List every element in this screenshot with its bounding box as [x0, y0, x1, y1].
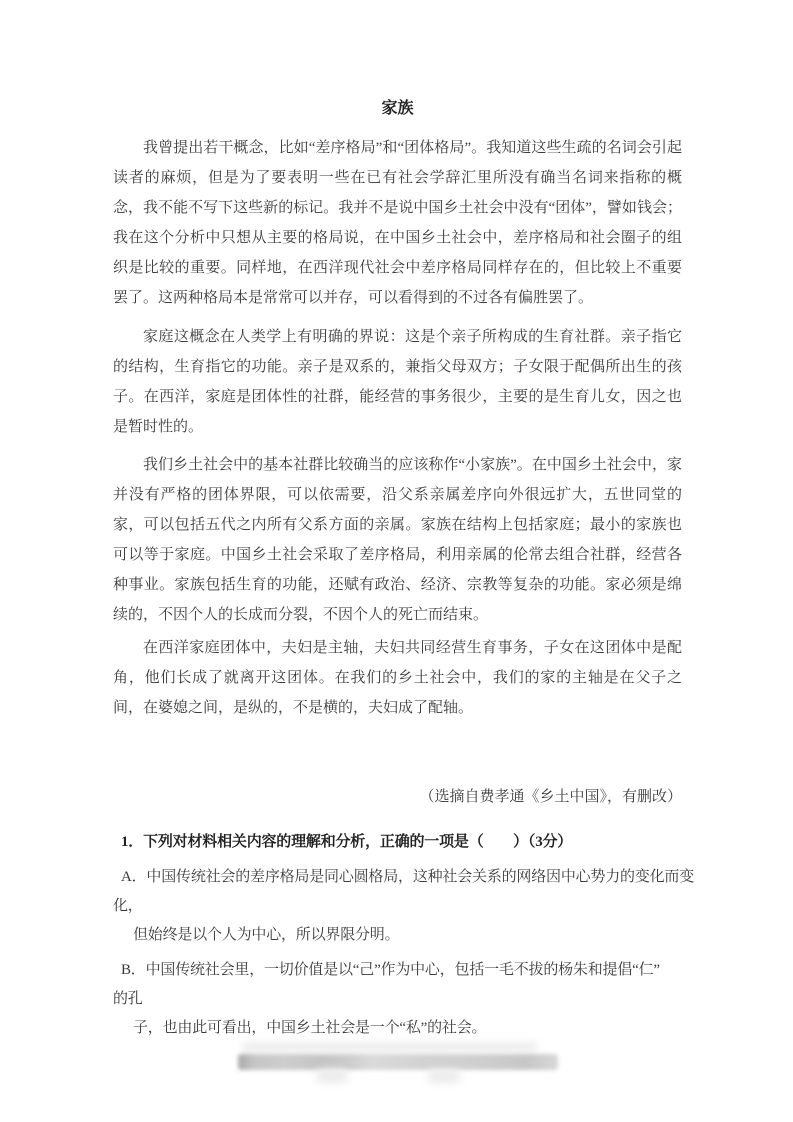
option-b-line-3: 子，也由此可看出，中国乡土社会是一个“私”的社会。	[113, 1014, 682, 1043]
passage-paragraph-3: 我们乡土社会中的基本社群比较确当的应该称作“小家族”。在中国乡土社会中，家并没有…	[113, 450, 682, 630]
option-a-line-2: 化，	[113, 892, 682, 921]
question-1-option-b: B．中国传统社会里，一切价值是以“己”作为中心，包括一毛不拔的杨朱和提倡“仁” …	[113, 956, 682, 1043]
option-a-line-3: 但始终是以个人为中心，所以界限分明。	[113, 921, 682, 950]
passage-paragraph-4: 在西洋家庭团体中，夫妇是主轴，夫妇共同经营生育事务，子女在这团体中是配角，他们长…	[113, 633, 682, 723]
passage-attribution: （选摘自费孝通《乡土中国》，有删改）	[113, 785, 682, 809]
option-b-line-2: 的孔	[113, 985, 682, 1014]
watermark-blur-blob-1	[317, 1069, 347, 1083]
watermark-blur-blob-2	[428, 1069, 460, 1083]
passage-title: 家族	[113, 96, 682, 122]
watermark-blur	[238, 1054, 558, 1070]
question-1-option-a: A．中国传统社会的差序格局是同心圆格局，这种社会关系的网络因中心势力的变化而变 …	[113, 863, 682, 950]
passage-paragraph-1: 我曾提出若干概念，比如“差序格局”和“团体格局”。我知道这些生疏的名词会引起读者…	[113, 133, 682, 313]
option-b-line-1: B．中国传统社会里，一切价值是以“己”作为中心，包括一毛不拔的杨朱和提倡“仁”	[113, 956, 682, 985]
exam-page: 家族 我曾提出若干概念，比如“差序格局”和“团体格局”。我知道这些生疏的名词会引…	[0, 0, 793, 1043]
option-a-line-1: A．中国传统社会的差序格局是同心圆格局，这种社会关系的网络因中心势力的变化而变	[113, 863, 682, 892]
watermark-blur-top	[242, 1042, 537, 1052]
passage-paragraph-2: 家庭这概念在人类学上有明确的界说：这是个亲子所构成的生育社群。亲子指它的结构，生…	[113, 322, 682, 442]
question-1-stem: 1．下列对材料相关内容的理解和分析，正确的一项是（ ）（3分）	[113, 828, 682, 857]
